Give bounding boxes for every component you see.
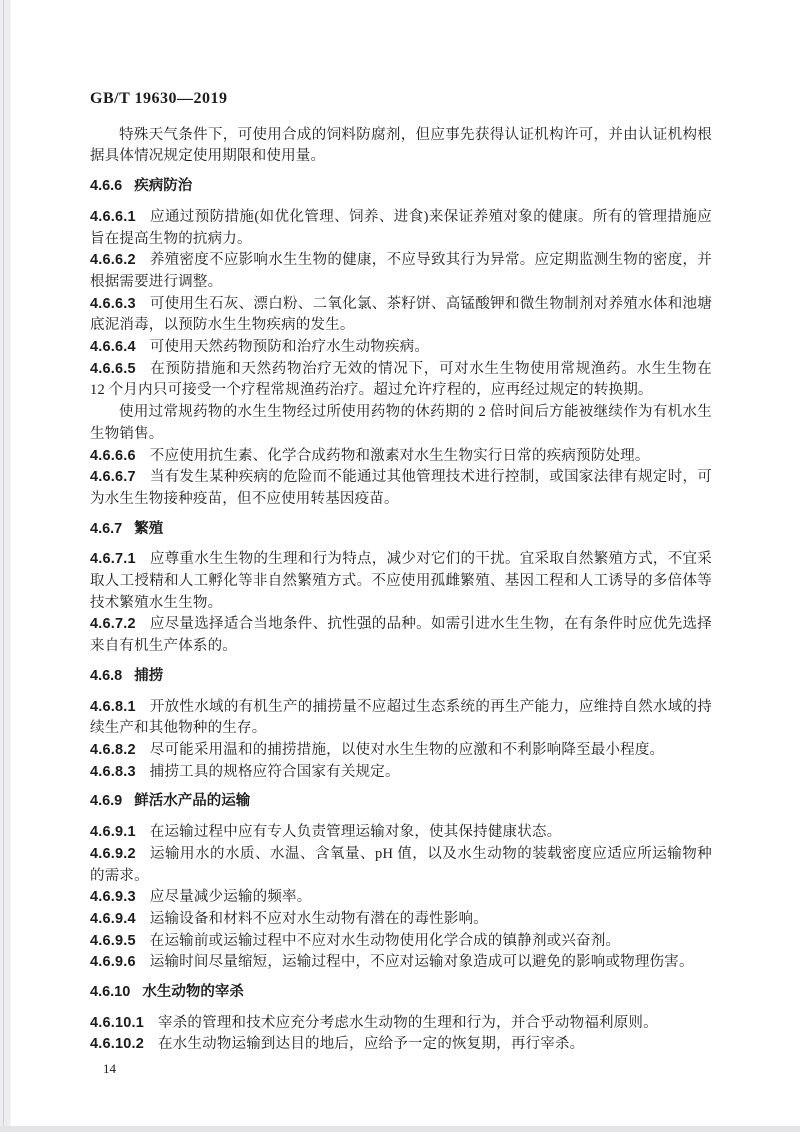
clause-item: 4.6.6.2养殖密度不应影响水生生物的健康，不应导致其行为异常。应定期监测生物… xyxy=(90,250,712,293)
clause-number: 4.6.8.2 xyxy=(90,742,136,758)
clause-item: 4.6.9.5在运输前或运输过程中不应对水生动物使用化学合成的镇静剂或兴奋剂。 xyxy=(90,931,712,953)
clause-number: 4.6.10.1 xyxy=(90,1015,144,1031)
clause-number: 4.6.7.2 xyxy=(90,616,136,632)
clause-item: 4.6.8.2尽可能采用温和的捕捞措施，以使对水生生物的应激和不利影响降至最小程… xyxy=(90,740,712,762)
clause-number: 4.6.9.1 xyxy=(90,824,136,840)
clause-text: 养殖密度不应影响水生生物的健康，不应导致其行为异常。应定期监测生物的密度，并根据… xyxy=(90,252,712,290)
page-bottom-edge xyxy=(0,1126,800,1132)
clause-number: 4.6.7.1 xyxy=(90,551,136,567)
clause-item: 4.6.10.2在水生动物运输到达目的地后，应给予一定的恢复期，再行宰杀。 xyxy=(90,1034,712,1056)
clause-number: 4.6.9.3 xyxy=(90,889,136,905)
clause-text: 水生动物的宰杀 xyxy=(142,984,244,1000)
clause-number: 4.6.6.2 xyxy=(90,252,136,268)
clause-number: 4.6.9.5 xyxy=(90,933,136,949)
clause-item: 4.6.7.1应尊重水生生物的生理和行为特点，减少对它们的干扰。宜采取自然繁殖方… xyxy=(90,549,712,614)
clause-item: 4.6.6.5在预防措施和天然药物治疗无效的情况下，可对水生生物使用常规渔药。水… xyxy=(90,359,712,402)
clause-text: 应尽量选择适合当地条件、抗性强的品种。如需引进水生生物，在有条件时应优先选择来自… xyxy=(90,616,712,654)
clause-text: 在水生动物运输到达目的地后，应给予一定的恢复期，再行宰杀。 xyxy=(158,1036,584,1052)
clause-number: 4.6.6.6 xyxy=(90,448,136,464)
page-left-edge xyxy=(0,0,11,1132)
page-number: 14 xyxy=(103,1058,712,1080)
clause-text: 应尽量减少运输的频率。 xyxy=(150,889,312,905)
clause-number: 4.6.9.6 xyxy=(90,954,136,970)
clause-text: 尽可能采用温和的捕捞措施，以使对水生生物的应激和不利影响降至最小程度。 xyxy=(150,742,665,758)
clause-number: 4.6.7 xyxy=(90,521,122,537)
clause-item: 4.6.9.2运输用水的水质、水温、含氧量、pH 值，以及水生动物的装载密度应适… xyxy=(90,844,712,887)
clause-text: 捕捞 xyxy=(134,668,163,684)
clause-text: 在运输过程中应有专人负责管理运输对象，使其保持健康状态。 xyxy=(150,824,562,840)
clause-text: 在运输前或运输过程中不应对水生动物使用化学合成的镇静剂或兴奋剂。 xyxy=(150,933,620,949)
clause-text: 运输用水的水质、水温、含氧量、pH 值，以及水生动物的装载密度应适应所运输物种的… xyxy=(90,846,712,884)
section-heading: 4.6.10水生动物的宰杀 xyxy=(90,982,712,1004)
clause-item: 4.6.6.3可使用生石灰、漂白粉、二氧化氯、茶籽饼、高锰酸钾和微生物制剂对养殖… xyxy=(90,294,712,337)
clause-number: 4.6.6.3 xyxy=(90,296,136,312)
clause-text: 运输设备和材料不应对水生动物有潜在的毒性影响。 xyxy=(150,911,488,927)
clause-text: 应通过预防措施(如优化管理、饲养、进食)来保证养殖对象的健康。所有的管理措施应旨… xyxy=(90,209,712,247)
section-heading: 4.6.9鲜活水产品的运输 xyxy=(90,791,712,813)
clause-number: 4.6.8.1 xyxy=(90,699,136,715)
standard-number-header: GB/T 19630—2019 xyxy=(90,88,712,110)
clause-number: 4.6.6.7 xyxy=(90,469,136,485)
clause-text: 运输时间尽量缩短，运输过程中，不应对运输对象造成可以避免的影响或物理伤害。 xyxy=(150,954,694,970)
clause-number: 4.6.8.3 xyxy=(90,764,136,780)
clause-item: 4.6.7.2应尽量选择适合当地条件、抗性强的品种。如需引进水生生物，在有条件时… xyxy=(90,614,712,657)
clause-number: 4.6.8 xyxy=(90,668,122,684)
clause-item: 4.6.8.1开放性水域的有机生产的捕捞量不应超过生态系统的再生产能力，应维持自… xyxy=(90,697,712,740)
clause-item: 4.6.6.4可使用天然药物预防和治疗水生动物疾病。 xyxy=(90,337,712,359)
section-heading: 4.6.6疾病防治 xyxy=(90,176,712,198)
clause-number: 4.6.6 xyxy=(90,178,122,194)
clause-number: 4.6.10 xyxy=(90,984,130,1000)
clause-item: 4.6.6.7当有发生某种疾病的危险而不能通过其他管理技术进行控制，或国家法律有… xyxy=(90,467,712,510)
clause-text: 当有发生某种疾病的危险而不能通过其他管理技术进行控制，或国家法律有规定时，可为水… xyxy=(90,469,712,507)
clause-item: 4.6.10.1宰杀的管理和技术应充分考虑水生动物的生理和行为，并合乎动物福利原… xyxy=(90,1013,712,1035)
section-heading: 4.6.8捕捞 xyxy=(90,666,712,688)
body-paragraph: 使用过常规药物的水生生物经过所使用药物的休药期的 2 倍时间后方能被继续作为有机… xyxy=(90,402,712,445)
clause-number: 4.6.6.4 xyxy=(90,339,136,355)
clause-number: 4.6.9 xyxy=(90,793,122,809)
clause-item: 4.6.6.1应通过预防措施(如优化管理、饲养、进食)来保证养殖对象的健康。所有… xyxy=(90,207,712,250)
body-paragraph: 特殊天气条件下，可使用合成的饲料防腐剂，但应事先获得认证机构许可，并由认证机构根… xyxy=(90,125,712,168)
clause-item: 4.6.9.6运输时间尽量缩短，运输过程中，不应对运输对象造成可以避免的影响或物… xyxy=(90,952,712,974)
clause-text: 宰杀的管理和技术应充分考虑水生动物的生理和行为，并合乎动物福利原则。 xyxy=(158,1015,658,1031)
clause-item: 4.6.6.6不应使用抗生素、化学合成药物和激素对水生生物实行日常的疾病预防处理… xyxy=(90,446,712,468)
section-heading: 4.6.7繁殖 xyxy=(90,519,712,541)
clause-text: 疾病防治 xyxy=(134,178,192,194)
clause-item: 4.6.9.4运输设备和材料不应对水生动物有潜在的毒性影响。 xyxy=(90,909,712,931)
clause-text: 繁殖 xyxy=(134,521,163,537)
doc-body: 特殊天气条件下，可使用合成的饲料防腐剂，但应事先获得认证机构许可，并由认证机构根… xyxy=(90,125,712,1056)
clause-number: 4.6.10.2 xyxy=(90,1036,144,1052)
clause-item: 4.6.9.1在运输过程中应有专人负责管理运输对象，使其保持健康状态。 xyxy=(90,822,712,844)
clause-text: 在预防措施和天然药物治疗无效的情况下，可对水生生物使用常规渔药。水生生物在 12… xyxy=(90,361,712,399)
clause-number: 4.6.9.4 xyxy=(90,911,136,927)
clause-number: 4.6.9.2 xyxy=(90,846,136,862)
clause-text: 鲜活水产品的运输 xyxy=(134,793,250,809)
clause-text: 捕捞工具的规格应符合国家有关规定。 xyxy=(150,764,400,780)
clause-text: 应尊重水生生物的生理和行为特点，减少对它们的干扰。宜采取自然繁殖方式，不宜采取人… xyxy=(90,551,712,610)
clause-text: 不应使用抗生素、化学合成药物和激素对水生生物实行日常的疾病预防处理。 xyxy=(150,448,650,464)
clause-text: 可使用生石灰、漂白粉、二氧化氯、茶籽饼、高锰酸钾和微生物制剂对养殖水体和池塘底泥… xyxy=(90,296,712,334)
clause-item: 4.6.8.3捕捞工具的规格应符合国家有关规定。 xyxy=(90,762,712,784)
clause-number: 4.6.6.5 xyxy=(90,361,136,377)
clause-number: 4.6.6.1 xyxy=(90,209,136,225)
clause-text: 开放性水域的有机生产的捕捞量不应超过生态系统的再生产能力，应维持自然水域的持续生… xyxy=(90,699,712,737)
clause-text: 可使用天然药物预防和治疗水生动物疾病。 xyxy=(150,339,429,355)
document-page: GB/T 19630—2019 特殊天气条件下，可使用合成的饲料防腐剂，但应事先… xyxy=(90,88,712,1080)
clause-item: 4.6.9.3应尽量减少运输的频率。 xyxy=(90,887,712,909)
